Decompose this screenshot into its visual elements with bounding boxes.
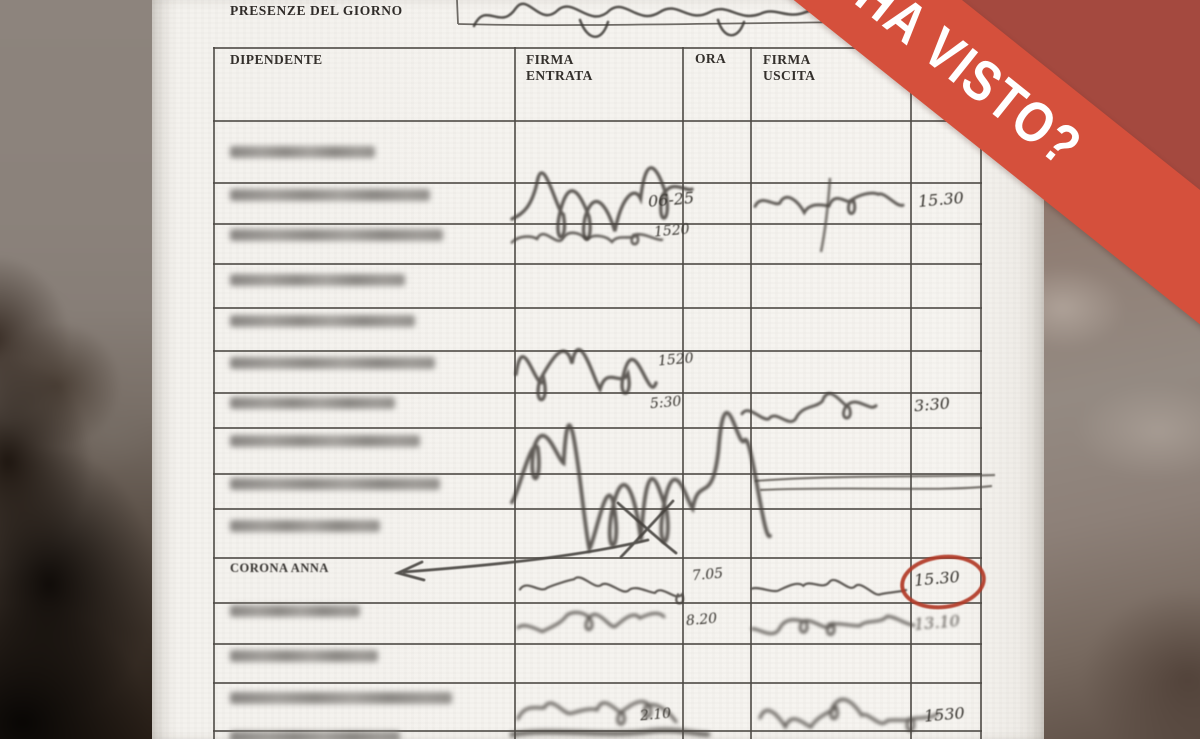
signature-scribble-uscita bbox=[745, 685, 953, 739]
employee-name-blurred bbox=[230, 435, 420, 447]
table-grid-line bbox=[213, 682, 982, 684]
signature-scribble-entrata bbox=[503, 597, 679, 653]
employee-name-blurred bbox=[230, 397, 395, 409]
ora-entrata-value: 2.10 bbox=[639, 706, 671, 725]
employee-name: CORONA ANNA bbox=[230, 561, 329, 576]
employee-name-blurred bbox=[230, 520, 380, 532]
table-grid-line bbox=[213, 120, 982, 122]
employee-name-blurred bbox=[230, 189, 430, 201]
employee-name-blurred bbox=[230, 650, 378, 662]
ora-entrata-value: 5:30 bbox=[649, 394, 682, 413]
employee-name-blurred bbox=[230, 229, 443, 241]
employee-name-blurred bbox=[230, 315, 415, 327]
ora-entrata-value: 1520 bbox=[653, 221, 690, 240]
ora-entrata-value: 7.05 bbox=[691, 566, 723, 585]
signature-scribble-entrata bbox=[497, 213, 677, 267]
signature-scribble-uscita bbox=[727, 382, 891, 440]
employee-name-blurred bbox=[230, 731, 400, 739]
ora-entrata-value: 06-25 bbox=[647, 188, 695, 211]
background-photo-trees bbox=[0, 0, 153, 739]
employee-name-blurred bbox=[230, 478, 440, 490]
ora-uscita-value: 3:30 bbox=[913, 393, 950, 415]
handwritten-date bbox=[474, 4, 842, 37]
ora-uscita-value: 15.30 bbox=[917, 188, 964, 211]
ora-entrata-value: 1520 bbox=[657, 350, 694, 369]
signature-scribble-entrata bbox=[497, 438, 785, 550]
table-grid-line bbox=[213, 307, 982, 309]
employee-name-blurred bbox=[230, 146, 375, 158]
attendance-sheet-photo: PRESENZE DEL GIORNO DIPENDENTE FIRMA ENT… bbox=[0, 0, 1200, 739]
ora-entrata-value: 8.20 bbox=[685, 611, 717, 630]
signature-scribble-uscita bbox=[740, 171, 918, 235]
employee-name-blurred bbox=[230, 605, 360, 617]
employee-name-blurred bbox=[230, 274, 405, 286]
attendance-sheet-paper: PRESENZE DEL GIORNO DIPENDENTE FIRMA ENT… bbox=[152, 0, 1044, 739]
signature-scribble-uscita bbox=[737, 597, 929, 655]
ora-uscita-value: 13.10 bbox=[913, 611, 960, 634]
employee-name-blurred bbox=[230, 357, 435, 369]
employee-name-blurred bbox=[230, 692, 452, 704]
signature-scribble-entrata bbox=[501, 328, 671, 410]
ora-uscita-value: 1530 bbox=[923, 703, 965, 725]
